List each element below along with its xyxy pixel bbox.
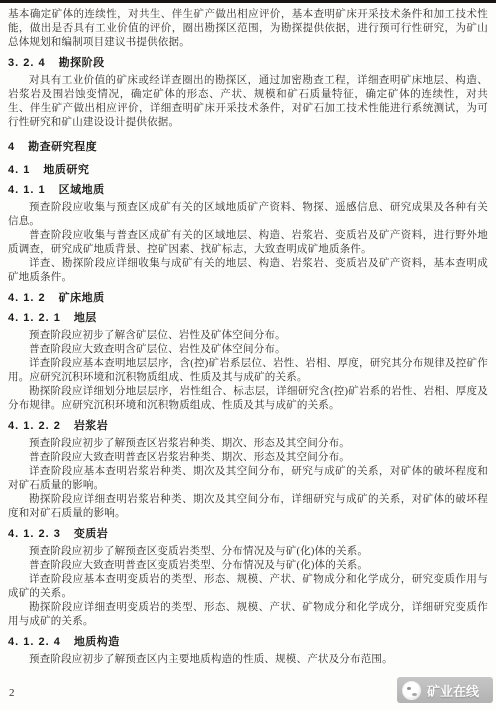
scan-edge-bar bbox=[0, 0, 496, 3]
paragraph: 普查阶段应大致查明含矿层位、岩性及矿体空间分布。 bbox=[8, 343, 488, 357]
page-number: 2 bbox=[9, 687, 15, 699]
heading-title: 勘探阶段 bbox=[59, 57, 105, 69]
paragraph: 对具有工业价值的矿床或经详查圈出的勘探区，通过加密勘查工程，详细查明矿床地层、构… bbox=[8, 74, 488, 130]
heading-number: 4. 1. 2. 2 bbox=[8, 420, 61, 432]
heading-number: 4. 1. 2. 4 bbox=[8, 636, 61, 648]
paragraph: 预查阶段应初步了解预查区变质岩类型、分布情况及与矿(化)体的关系。 bbox=[8, 545, 488, 559]
section-heading: 4. 1地质研究 bbox=[8, 163, 488, 177]
paragraph: 详查阶段应基本查明岩浆岩种类、期次及其空间分布，研究与成矿的关系，对矿体的破坏程… bbox=[8, 465, 488, 493]
heading-title: 矿床地质 bbox=[59, 292, 105, 304]
heading-title: 地层 bbox=[74, 312, 97, 324]
heading-number: 4. 1 bbox=[8, 164, 30, 176]
paragraph: 普查阶段应大致查明普查区变质岩类型、分布情况及与矿(化)体的关系。 bbox=[8, 559, 488, 573]
heading-number: 4. 1. 2 bbox=[8, 292, 46, 304]
paragraph: 详查阶段应基本查明地层层序，含(控)矿岩系层位、岩性、岩相、厚度，研究其分布规律… bbox=[8, 357, 488, 385]
section-heading: 4. 1. 2矿床地质 bbox=[8, 291, 488, 305]
watermark-label: 矿业在线 bbox=[427, 681, 479, 700]
watermark-banner: 矿业在线 bbox=[397, 677, 493, 703]
paragraph: 勘探阶段应详细查明岩浆岩种类、期次及其空间分布，详细研究与成矿的关系，对矿体的破… bbox=[8, 493, 488, 521]
section-heading: 4. 1. 1区域地质 bbox=[8, 183, 488, 197]
paragraph: 勘探阶段应详细划分地层层序，岩性组合、标志层，详细研究含(控)矿岩系的岩性、岩相… bbox=[8, 385, 488, 413]
heading-number: 4. 1. 1 bbox=[8, 184, 46, 196]
section-heading: 4勘查研究程度 bbox=[8, 140, 488, 154]
paragraph: 普查阶段应大致查明普查区岩浆岩种类、期次、形态及其空间分布。 bbox=[8, 451, 488, 465]
section-heading: 3. 2. 4勘探阶段 bbox=[8, 56, 488, 70]
paragraph: 勘探阶段应详细查明变质岩的类型、形态、规模、产状、矿物成分和化学成分，详细研究变… bbox=[8, 601, 488, 629]
section-heading: 4. 1. 2. 4地质构造 bbox=[8, 635, 488, 649]
paragraph: 详查、勘探阶段应详细收集与成矿有关的地层、构造、岩浆岩、变质岩及矿产资料，基本查… bbox=[8, 257, 488, 285]
heading-number: 4 bbox=[8, 141, 15, 153]
mining-online-logo-icon bbox=[402, 681, 421, 700]
heading-number: 4. 1. 2. 3 bbox=[8, 528, 61, 540]
heading-title: 勘查研究程度 bbox=[28, 141, 97, 153]
paragraph: 普查阶段应收集与普查区成矿有关的区域地层、构造、岩浆岩、变质岩及矿产资料，进行野… bbox=[8, 229, 488, 257]
document-body: 基本确定矿体的连续性，对共生、伴生矿产做出相应评价，基本查明矿床开采技术条件和加… bbox=[0, 0, 496, 667]
heading-title: 岩浆岩 bbox=[74, 420, 109, 432]
heading-number: 4. 1. 2. 1 bbox=[8, 312, 61, 324]
heading-number: 3. 2. 4 bbox=[8, 57, 46, 69]
heading-title: 地质构造 bbox=[74, 636, 120, 648]
section-heading: 4. 1. 2. 3变质岩 bbox=[8, 527, 488, 541]
section-heading: 4. 1. 2. 1地层 bbox=[8, 311, 488, 325]
paragraph: 预查阶段应收集与预查区成矿有关的区域地质矿产资料、物探、遥感信息、研究成果及各种… bbox=[8, 201, 488, 229]
paragraph: 预查阶段应初步了解含矿层位、岩性及矿体空间分布。 bbox=[8, 329, 488, 343]
heading-title: 区域地质 bbox=[59, 184, 105, 196]
paragraph: 基本确定矿体的连续性，对共生、伴生矿产做出相应评价，基本查明矿床开采技术条件和加… bbox=[8, 8, 488, 50]
heading-title: 变质岩 bbox=[74, 528, 109, 540]
paragraph: 预查阶段应初步了解预查区内主要地质构造的性质、规模、产状及分布范围。 bbox=[8, 653, 488, 667]
paragraph: 详查阶段应基本查明变质岩的类型、形态、规模、产状、矿物成分和化学成分，研究变质作… bbox=[8, 573, 488, 601]
paragraph: 预查阶段应初步了解预查区岩浆岩种类、期次、形态及其空间分布。 bbox=[8, 437, 488, 451]
section-heading: 4. 1. 2. 2岩浆岩 bbox=[8, 419, 488, 433]
heading-title: 地质研究 bbox=[43, 164, 89, 176]
document-page: 基本确定矿体的连续性，对共生、伴生矿产做出相应评价，基本查明矿床开采技术条件和加… bbox=[0, 0, 496, 710]
